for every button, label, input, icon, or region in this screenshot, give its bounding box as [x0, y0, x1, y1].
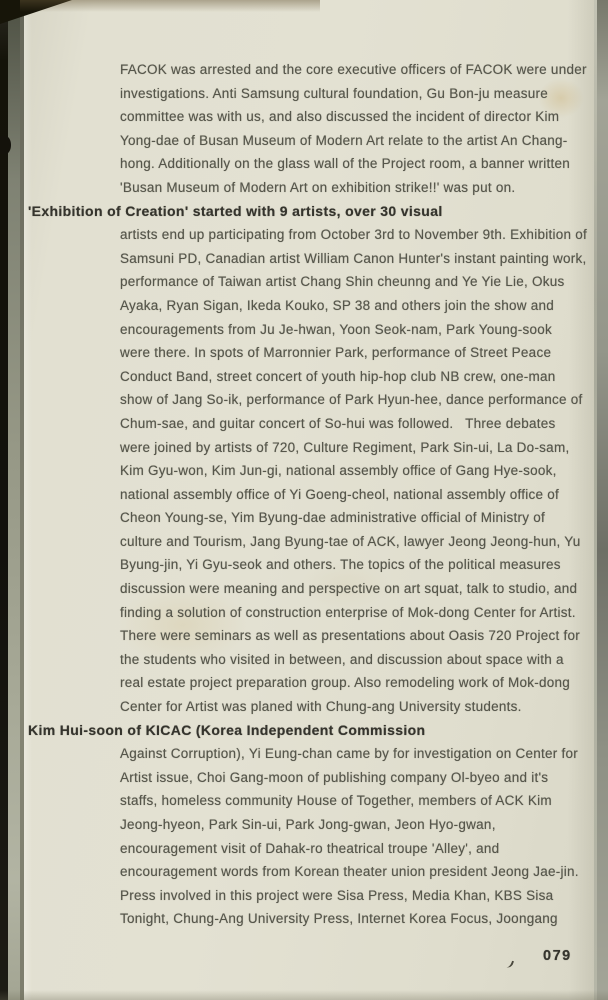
text-line: Artist issue, Choi Gang-moon of publishi…	[120, 766, 592, 790]
bottom-edge-shadow	[0, 990, 608, 1000]
text-line: Tonight, Chung-Ang University Press, Int…	[120, 907, 592, 931]
text-line: encouragement words from Korean theater …	[120, 860, 592, 884]
text-line: 'Exhibition of Creation' started with 9 …	[28, 200, 592, 224]
paragraph: artists end up participating from Octobe…	[120, 223, 592, 718]
text-line: Yong-dae of Busan Museum of Modern Art r…	[120, 129, 592, 153]
scanned-book-page: FACOK was arrested and the core executiv…	[0, 0, 608, 1000]
text-line: Samsuni PD, Canadian artist William Cano…	[120, 247, 592, 271]
text-line: encouragements from Ju Je-hwan, Yoon Seo…	[120, 318, 592, 342]
ink-speck	[505, 959, 514, 969]
text-line: culture and Tourism, Jang Byung-tae of A…	[120, 530, 592, 554]
paragraph: FACOK was arrested and the core executiv…	[120, 58, 592, 200]
text-line: were joined by artists of 720, Culture R…	[120, 436, 592, 460]
section-heading: Kim Hui-soon of KICAC (Korea Independent…	[120, 719, 592, 743]
text-line: Jeong-hyeon, Park Sin-ui, Park Jong-gwan…	[120, 813, 592, 837]
page-number: 079	[543, 948, 572, 964]
top-edge-shadow	[20, 0, 320, 12]
text-line: artists end up participating from Octobe…	[120, 223, 592, 247]
text-line: investigations. Anti Samsung cultural fo…	[120, 82, 592, 106]
text-line: There were seminars as well as presentat…	[120, 624, 592, 648]
text-line: encouragement visit of Dahak-ro theatric…	[120, 837, 592, 861]
text-line: Against Corruption), Yi Eung-chan came b…	[120, 742, 592, 766]
scan-edge-mark	[0, 136, 11, 154]
text-line: hong. Additionally on the glass wall of …	[120, 152, 592, 176]
text-line: Chum-sae, and guitar concert of So-hui w…	[120, 412, 592, 436]
text-line: finding a solution of construction enter…	[120, 601, 592, 625]
text-line: were there. In spots of Marronnier Park,…	[120, 341, 592, 365]
paragraph: Against Corruption), Yi Eung-chan came b…	[120, 742, 592, 931]
text-line: Byung-jin, Yi Gyu-seok and others. The t…	[120, 553, 592, 577]
text-line: Cheon Young-se, Yim Byung-dae administra…	[120, 506, 592, 530]
page-fold-highlight	[24, 0, 32, 1000]
text-line: show of Jang So-ik, performance of Park …	[120, 388, 592, 412]
right-scan-edge	[597, 0, 608, 1000]
text-line: the students who visited in between, and…	[120, 648, 592, 672]
text-line: Center for Artist was planed with Chung-…	[120, 695, 592, 719]
page-text: FACOK was arrested and the core executiv…	[120, 58, 592, 931]
text-line: staffs, homeless community House of Toge…	[120, 789, 592, 813]
text-line: Kim Gyu-won, Kim Jun-gi, national assemb…	[120, 459, 592, 483]
section-heading: 'Exhibition of Creation' started with 9 …	[120, 200, 592, 224]
text-line: Conduct Band, street concert of youth hi…	[120, 365, 592, 389]
text-line: real estate project preparation group. A…	[120, 671, 592, 695]
text-line: Kim Hui-soon of KICAC (Korea Independent…	[28, 719, 592, 743]
text-line: discussion were meaning and perspective …	[120, 577, 592, 601]
text-line: national assembly office of Yi Goeng-che…	[120, 483, 592, 507]
text-line: FACOK was arrested and the core executiv…	[120, 58, 592, 82]
text-line: Ayaka, Ryan Sigan, Ikeda Kouko, SP 38 an…	[120, 294, 592, 318]
text-line: Press involved in this project were Sisa…	[120, 884, 592, 908]
text-line: performance of Taiwan artist Chang Shin …	[120, 270, 592, 294]
text-line: committee was with us, and also discusse…	[120, 105, 592, 129]
text-line: 'Busan Museum of Modern Art on exhibitio…	[120, 176, 592, 200]
